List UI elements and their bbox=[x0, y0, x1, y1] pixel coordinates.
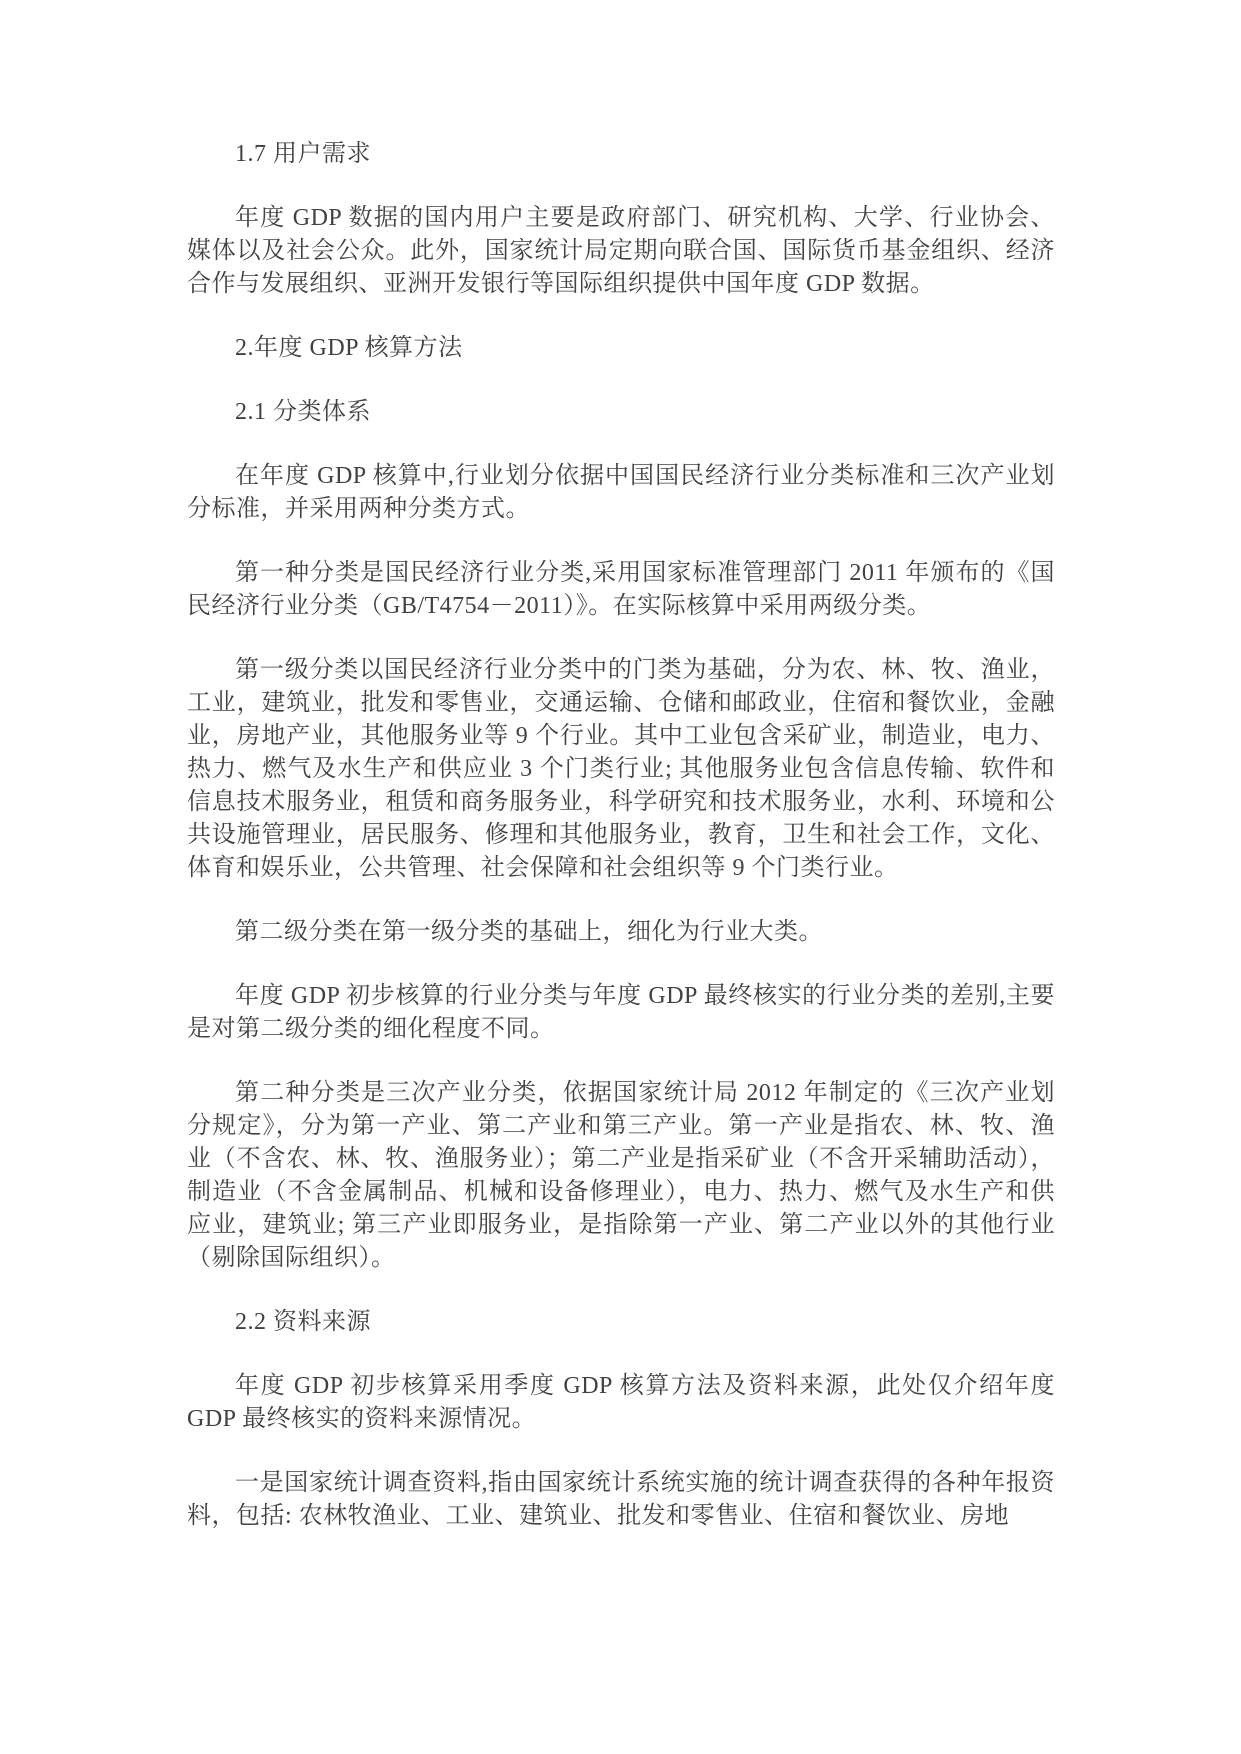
section-heading: 1.7 用户需求 bbox=[187, 138, 1055, 171]
paragraph: 年度 GDP 初步核算的行业分类与年度 GDP 最终核实的行业分类的差别,主要是… bbox=[187, 980, 1055, 1046]
section-heading: 2.1 分类体系 bbox=[187, 396, 1055, 429]
paragraph: 第一级分类以国民经济行业分类中的门类为基础，分为农、林、牧、渔业，工业，建筑业，… bbox=[187, 654, 1055, 885]
document-body: 1.7 用户需求年度 GDP 数据的国内用户主要是政府部门、研究机构、大学、行业… bbox=[187, 138, 1055, 1533]
paragraph: 第一种分类是国民经济行业分类,采用国家标准管理部门 2011 年颁布的《国民经济… bbox=[187, 557, 1055, 623]
section-heading: 2.年度 GDP 核算方法 bbox=[187, 332, 1055, 365]
paragraph: 在年度 GDP 核算中,行业划分依据中国国民经济行业分类标准和三次产业划分标准，… bbox=[187, 460, 1055, 526]
paragraph: 年度 GDP 数据的国内用户主要是政府部门、研究机构、大学、行业协会、媒体以及社… bbox=[187, 202, 1055, 301]
paragraph: 第二级分类在第一级分类的基础上，细化为行业大类。 bbox=[187, 916, 1055, 949]
paragraph: 年度 GDP 初步核算采用季度 GDP 核算方法及资料来源，此处仅介绍年度 GD… bbox=[187, 1370, 1055, 1436]
document-page: 1.7 用户需求年度 GDP 数据的国内用户主要是政府部门、研究机构、大学、行业… bbox=[0, 0, 1241, 1754]
section-heading: 2.2 资料来源 bbox=[187, 1306, 1055, 1339]
paragraph: 第二种分类是三次产业分类，依据国家统计局 2012 年制定的《三次产业划分规定》… bbox=[187, 1077, 1055, 1275]
paragraph: 一是国家统计调查资料,指由国家统计系统实施的统计调查获得的各种年报资料，包括: … bbox=[187, 1467, 1055, 1533]
